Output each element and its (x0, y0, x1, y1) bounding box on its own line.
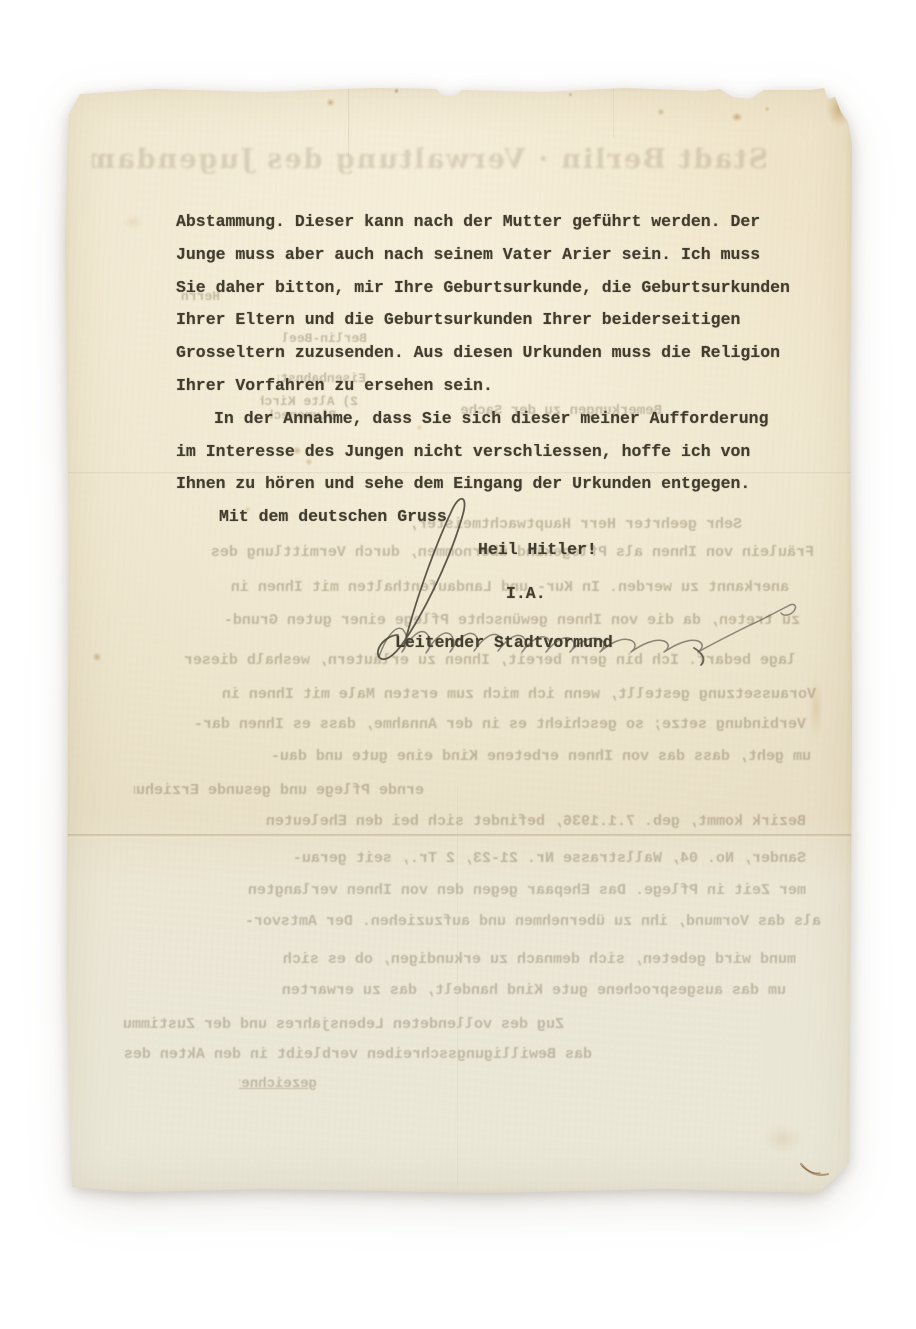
foxing-stain (657, 108, 665, 116)
fold-crease-lower (64, 834, 852, 838)
typed-line: im Interesse des Jungen nicht verschlies… (176, 444, 750, 461)
bleedthrough-line: als das Vormund, ihn zu übernehmen und a… (106, 914, 821, 929)
bleedthrough-line: Sander, No. 04, Wallstrasse Nr. 21-23, 2… (106, 851, 806, 866)
scanned-letter-photo: Stadt Berlin · Verwaltung des Jugendamte… (0, 0, 916, 1329)
typed-line: Abstammung. Dieser kann nach der Mutter … (176, 214, 760, 231)
bleedthrough-line: lage bedarf. Ich bin gern bereit, Ihnen … (106, 653, 796, 668)
bleedthrough-line: anerkannt zu werden. In Kur- und Landauf… (139, 580, 789, 595)
bleedthrough-line: Bezirk kommt, geb. 7.1.1936, befindet si… (106, 814, 806, 829)
typed-line: Leitender Stadtvormund (395, 635, 613, 652)
foxing-stain (764, 106, 770, 112)
bleedthrough-line: Voraussetzung gestellt, wenn ich mich zu… (106, 687, 816, 702)
corner-crease-mark (801, 1164, 828, 1175)
typed-line: Ihrer Vorfahren zu ersehen sein. (176, 378, 493, 395)
bleedthrough-line: mund wird gebeten, sich demnach zu erkun… (106, 952, 796, 967)
foxing-stain (122, 214, 144, 230)
bleedthrough-line: Zug des vollendeten Lebensjahres und der… (124, 1017, 564, 1032)
foxing-stain (92, 652, 102, 662)
foxing-stain (808, 676, 824, 740)
foxing-stain (326, 98, 335, 107)
bleedthrough-line: zu treten, da die von Ihnen gewünschte P… (100, 613, 800, 628)
typed-line: In der Annahme, dass Sie sich dieser mei… (214, 411, 769, 428)
typed-line: I.A. (506, 586, 546, 603)
foxing-stain (568, 92, 573, 97)
typed-line: Sie daher bitton, mir Ihre Geburtsurkund… (176, 280, 790, 297)
typed-line: Junge muss aber auch nach seinem Vater A… (176, 247, 760, 264)
bleedthrough-line: Verbindung setze; so geschieht es in der… (106, 717, 806, 732)
foxing-stain (394, 88, 399, 94)
bleedthrough-line: das Bewilligungsschreiben verbleibt in d… (122, 1047, 592, 1062)
bleedthrough-line: ernde Pflege und gesunde Erziehung wird. (134, 783, 424, 798)
vertical-crease (613, 86, 615, 138)
typed-line: Grosseltern zuzusenden. Aus diesen Urkun… (176, 345, 780, 362)
typed-line: Heil Hitler! (478, 542, 597, 559)
foxing-stain (762, 1124, 804, 1154)
bleedthrough-line: 2) Alte Kirche Ang. (260, 395, 358, 408)
bleedthrough-line: um geht, dass das von Ihnen erbetene Kin… (106, 749, 811, 764)
typed-line: Ihrer Eltern und die Geburtsurkunden Ihr… (176, 312, 740, 329)
bleedthrough-letterhead: Stadt Berlin · Verwaltung des Jugendamte… (92, 144, 768, 180)
foxing-stain (826, 91, 853, 127)
typed-line: Mit dem deutschen Gruss (219, 509, 447, 526)
foxing-stain (731, 112, 743, 122)
letter-page: Stadt Berlin · Verwaltung des Jugendamte… (64, 86, 852, 1194)
bleedthrough-line: um das ausgesprochene gute Kind handelt,… (106, 983, 786, 998)
bleedthrough-line: mer Zeit in Pflege. Das Ehepaar gegen de… (106, 883, 806, 898)
typed-line: Ihnen zu hören und sehe dem Eingang der … (176, 476, 750, 493)
bleedthrough-line: gezeichnet (239, 1077, 317, 1091)
paper-shadow-wrap: Stadt Berlin · Verwaltung des Jugendamte… (0, 0, 916, 1329)
